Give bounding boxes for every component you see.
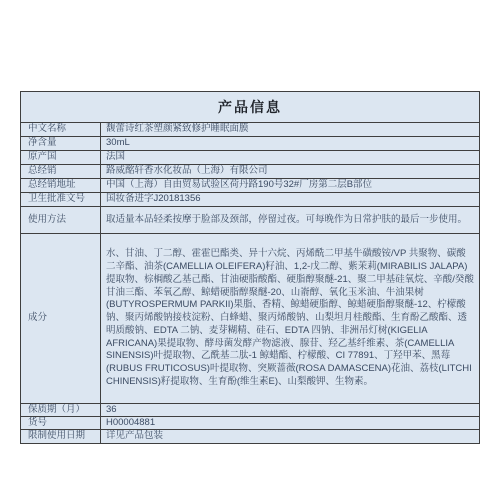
table-row-net-content: 净含量 30mL bbox=[21, 137, 479, 151]
table-title: 产品信息 bbox=[21, 92, 479, 123]
row-label: 限制使用日期 bbox=[21, 430, 101, 443]
row-value-text: 水、甘油、丁二醇、霍霍巴酯类、异十六烷、丙烯酰二甲基牛磺酸铵/VP 共聚物、碳酸… bbox=[106, 248, 475, 389]
row-value-text: 路威酩轩香水化妆品（上海）有限公司 bbox=[106, 165, 475, 178]
row-value-text: 详见产品包装 bbox=[106, 430, 475, 443]
row-value-text: 中国（上海）自由贸易试验区荷丹路190号32#厂房第二层B部位 bbox=[106, 179, 475, 192]
table-row-country-of-origin: 原产国 法国 bbox=[21, 151, 479, 165]
row-value: 36 bbox=[101, 404, 479, 416]
row-value: 路威酩轩香水化妆品（上海）有限公司 bbox=[101, 165, 479, 178]
table-row-chinese-name: 中文名称 馥蕾诗红茶塑颜紧致修护睡眠面膜 bbox=[21, 123, 479, 137]
table-row-ingredients: 成分 水、甘油、丁二醇、霍霍巴酯类、异十六烷、丙烯酰二甲基牛磺酸铵/VP 共聚物… bbox=[21, 234, 479, 404]
table-row-distributor: 总经销 路威酩轩香水化妆品（上海）有限公司 bbox=[21, 165, 479, 179]
row-label: 总经销地址 bbox=[21, 179, 101, 192]
row-value: 国妆备进字J20181356 bbox=[101, 193, 479, 206]
row-value: 取适量本品轻柔按摩于脸部及颈部，停留过夜。可每晚作为日常护肤的最后一步使用。 bbox=[101, 207, 479, 233]
row-value: H00004881 bbox=[101, 417, 479, 429]
table-row-usage-instructions: 使用方法 取适量本品轻柔按摩于脸部及颈部，停留过夜。可每晚作为日常护肤的最后一步… bbox=[21, 207, 479, 234]
row-value: 30mL bbox=[101, 137, 479, 150]
row-value: 馥蕾诗红茶塑颜紧致修护睡眠面膜 bbox=[101, 123, 479, 136]
product-info-table: 产品信息 中文名称 馥蕾诗红茶塑颜紧致修护睡眠面膜 净含量 30mL 原产国 法… bbox=[20, 91, 480, 444]
row-value: 中国（上海）自由贸易试验区荷丹路190号32#厂房第二层B部位 bbox=[101, 179, 479, 192]
row-label: 保质期（月） bbox=[21, 404, 101, 416]
row-value-text: 法国 bbox=[106, 151, 475, 164]
table-row-shelf-life: 保质期（月） 36 bbox=[21, 404, 479, 417]
row-label: 货号 bbox=[21, 417, 101, 429]
row-label: 原产国 bbox=[21, 151, 101, 164]
row-label: 总经销 bbox=[21, 165, 101, 178]
row-value-text: 国妆备进字J20181356 bbox=[106, 193, 475, 206]
row-label: 卫生批准文号 bbox=[21, 193, 101, 206]
table-row-distributor-address: 总经销地址 中国（上海）自由贸易试验区荷丹路190号32#厂房第二层B部位 bbox=[21, 179, 479, 193]
row-value-text: 取适量本品轻柔按摩于脸部及颈部，停留过夜。可每晚作为日常护肤的最后一步使用。 bbox=[106, 214, 475, 227]
row-label: 中文名称 bbox=[21, 123, 101, 136]
row-label: 净含量 bbox=[21, 137, 101, 150]
row-value: 详见产品包装 bbox=[101, 430, 479, 443]
table-row-use-by-date: 限制使用日期 详见产品包装 bbox=[21, 430, 479, 443]
row-label: 成分 bbox=[21, 234, 101, 403]
row-value: 水、甘油、丁二醇、霍霍巴酯类、异十六烷、丙烯酰二甲基牛磺酸铵/VP 共聚物、碳酸… bbox=[101, 234, 479, 403]
table-row-item-number: 货号 H00004881 bbox=[21, 417, 479, 430]
row-label: 使用方法 bbox=[21, 207, 101, 233]
row-value-text: 36 bbox=[106, 404, 475, 417]
table-row-hygiene-license-number: 卫生批准文号 国妆备进字J20181356 bbox=[21, 193, 479, 207]
row-value-text: 30mL bbox=[106, 137, 475, 150]
row-value-text: 馥蕾诗红茶塑颜紧致修护睡眠面膜 bbox=[106, 123, 475, 136]
row-value: 法国 bbox=[101, 151, 479, 164]
row-value-text: H00004881 bbox=[106, 417, 475, 430]
